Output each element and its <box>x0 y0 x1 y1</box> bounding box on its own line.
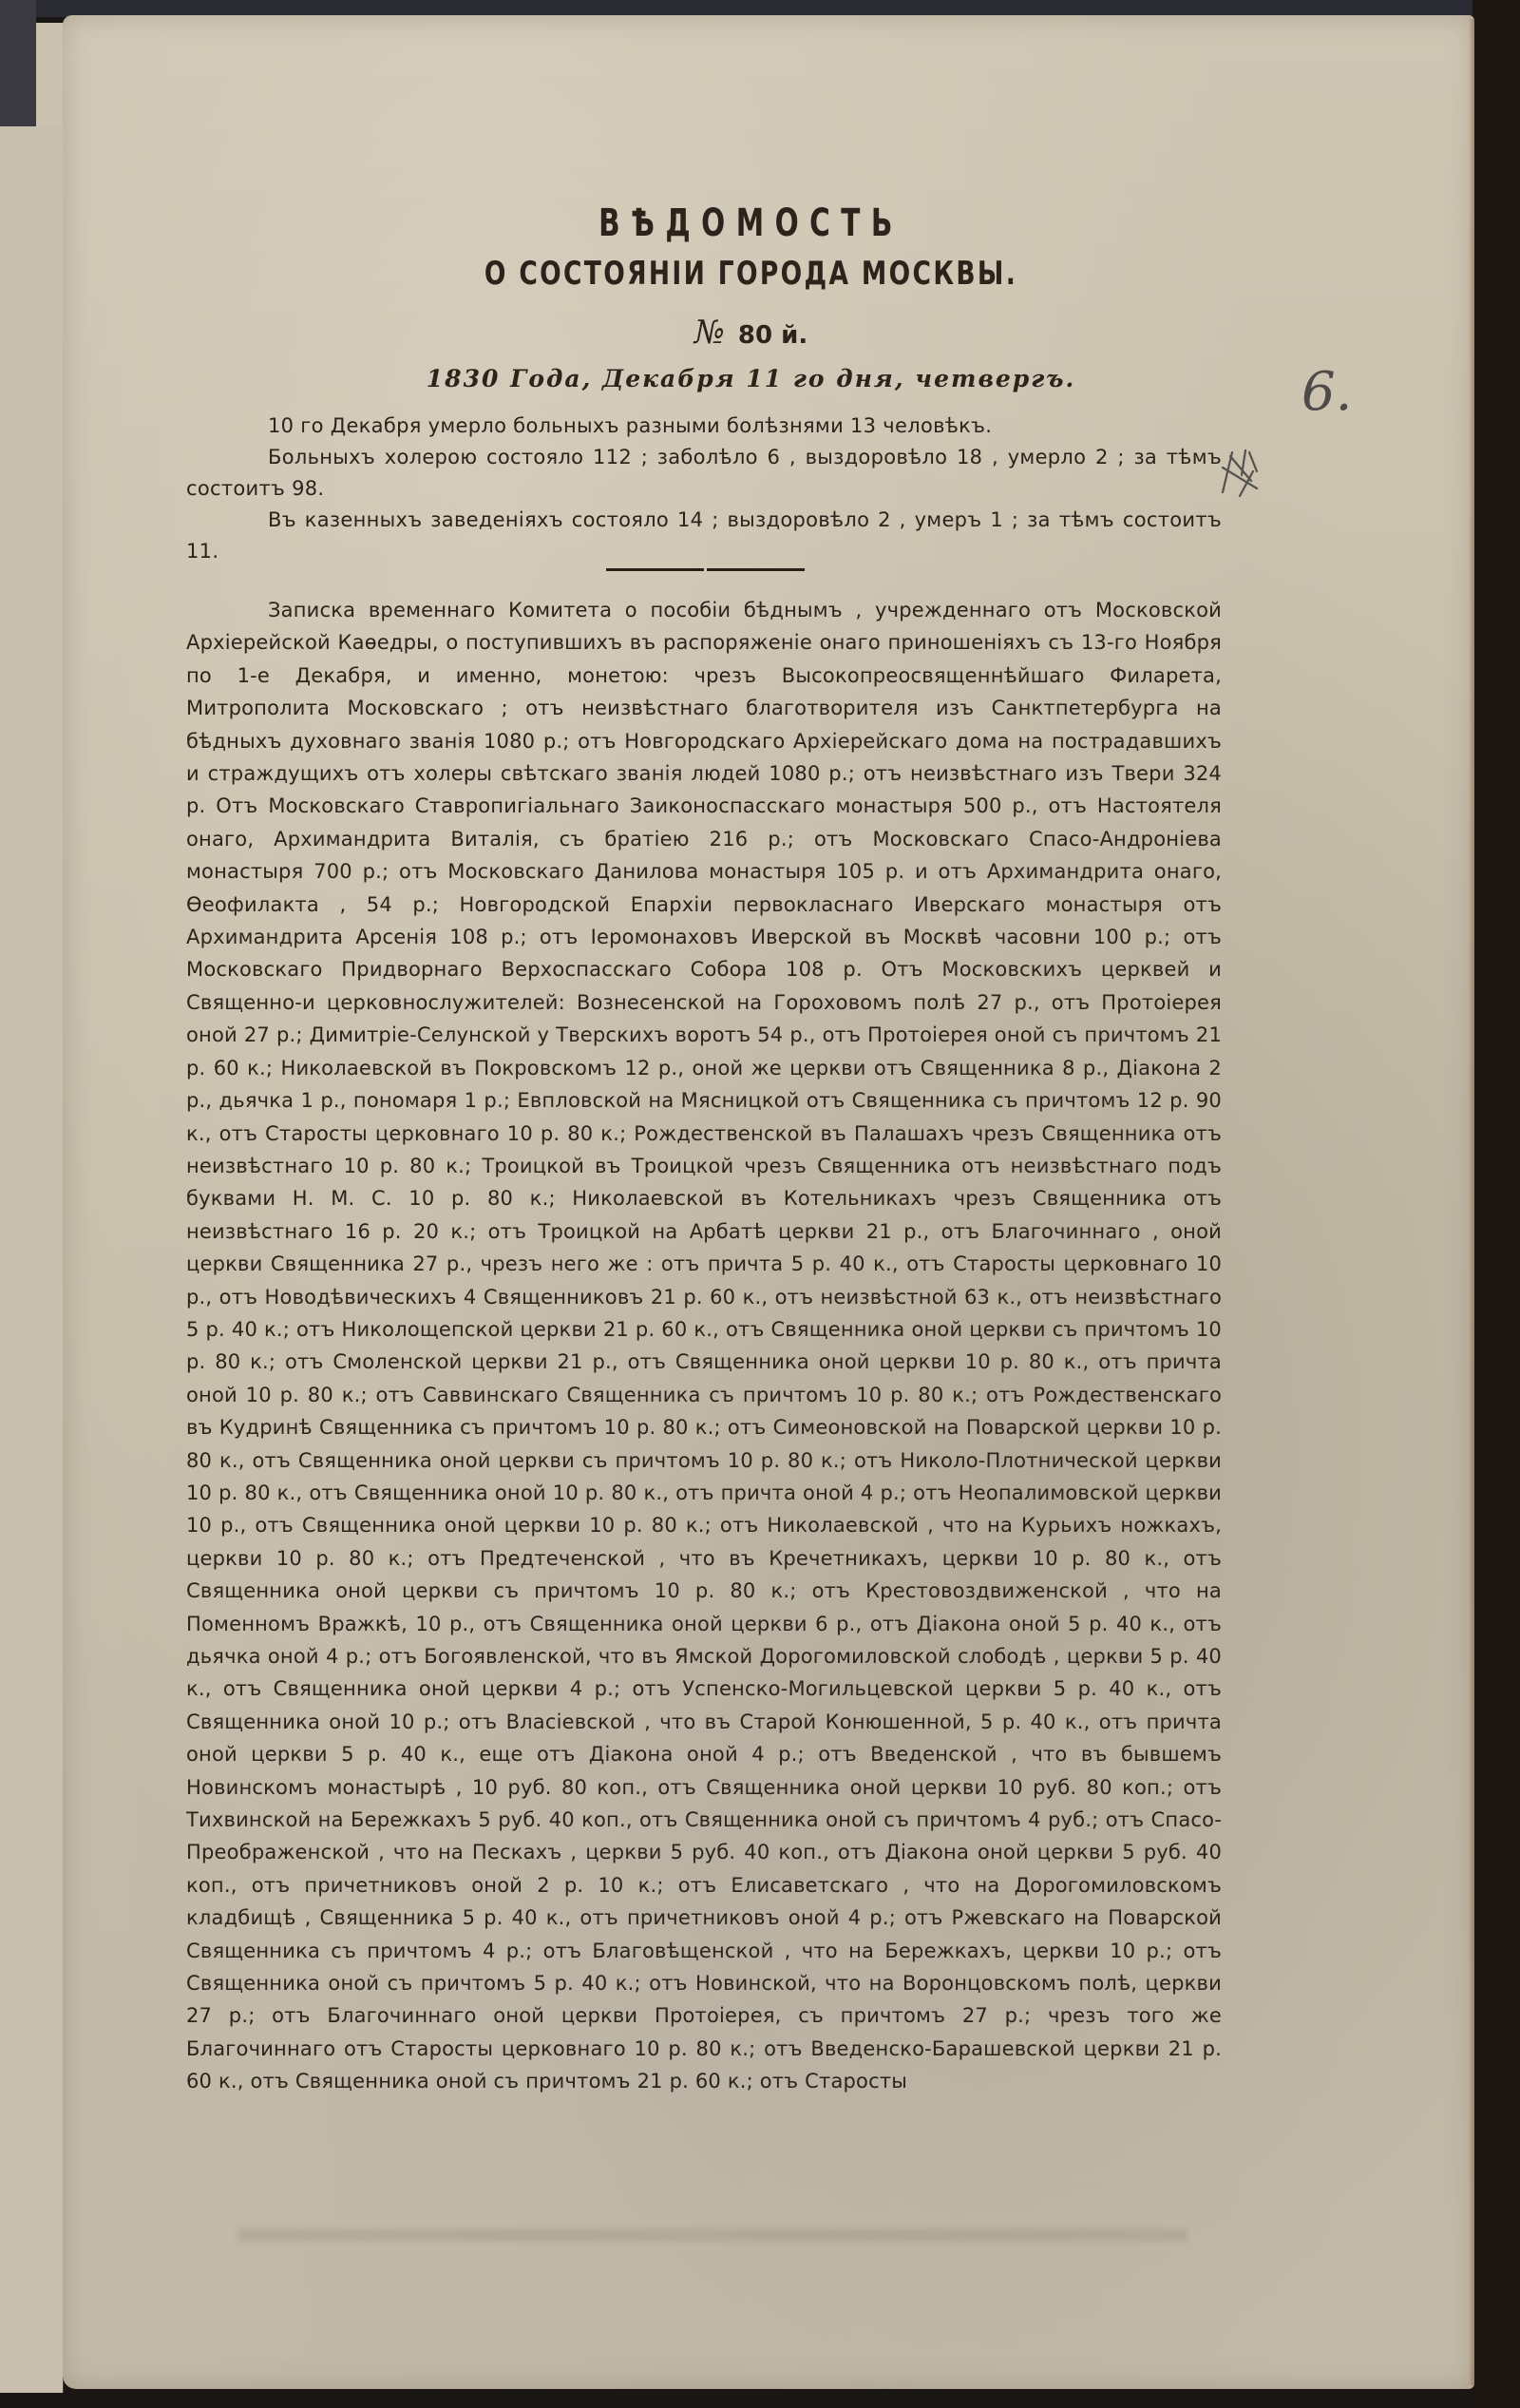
bulletin-paragraph: Въ казенныхъ заведеніяхъ состояло 14 ; в… <box>186 505 1222 567</box>
issue-number-value: 80 й. <box>738 321 807 350</box>
underlying-page-edge <box>0 126 64 2393</box>
masthead-title: ВѢДОМОСТЬ <box>281 201 1220 245</box>
underlying-page-top <box>36 23 63 127</box>
pencil-mark-icon <box>1219 447 1264 499</box>
bulletin-paragraph: Больныхъ холерою состояло 112 ; заболѣло… <box>186 442 1222 505</box>
handwritten-page-number: 6. <box>1301 361 1352 423</box>
page-edge-foxing <box>1469 19 1474 2385</box>
scan-backdrop-right <box>1472 0 1520 2408</box>
numero-sign: № <box>694 314 725 352</box>
section-divider-right <box>707 568 805 571</box>
scan-backdrop-left <box>0 0 36 126</box>
donations-article: Записка временнаго Комитета о пособіи бѣ… <box>186 594 1222 2098</box>
dateline: 1830 Года, Декабря 11 го дня, четвергъ. <box>179 365 1323 392</box>
section-divider-left <box>606 568 704 571</box>
health-bulletin: 10 го Декабря умерло больныхъ разными бо… <box>186 411 1222 567</box>
issue-number: №80 й. <box>179 314 1323 352</box>
bleed-through-text <box>237 2228 1187 2242</box>
bulletin-paragraph: 10 го Декабря умерло больныхъ разными бо… <box>186 411 1222 442</box>
masthead-subtitle: О СОСТОЯНІИ ГОРОДА МОСКВЫ. <box>305 255 1198 293</box>
article-paragraph: Записка временнаго Комитета о пособіи бѣ… <box>186 594 1222 2098</box>
